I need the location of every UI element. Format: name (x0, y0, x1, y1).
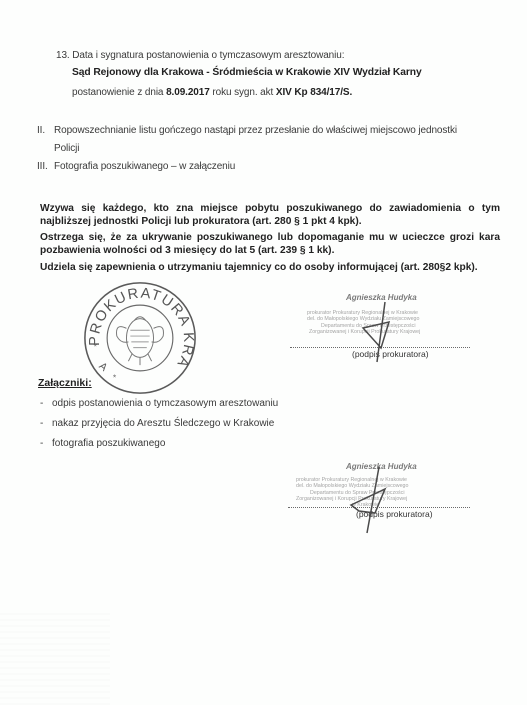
signature-1-line (290, 347, 470, 348)
point-iii: III.Fotografia poszukiwanego – w załącze… (37, 161, 235, 172)
decision-date: 8.09.2017 (166, 87, 210, 98)
prosecutor-stamp-icon: PROKURATURA KRAJOWA A * * (82, 280, 198, 396)
point-ii: II.Ropowszechnianie listu gończego nastą… (37, 125, 457, 136)
signature-2-name: Agnieszka Hudyka (346, 462, 417, 471)
section-13-number: 13. (56, 50, 70, 61)
decision-line: postanowienie z dnia 8.09.2017 roku sygn… (72, 87, 352, 98)
point-ii-text: Ropowszechnianie listu gończego nastąpi … (54, 125, 457, 136)
point-ii-number: II. (37, 125, 54, 136)
attachments-title: Załączniki: (38, 377, 92, 389)
attachment-item: -nakaz przyjęcia do Aresztu Śledczego w … (40, 418, 274, 429)
signature-2-caption: (podpis prokuratora) (356, 509, 433, 519)
signature-1-name: Agnieszka Hudyka (346, 293, 417, 302)
attachment-item: -fotografia poszukiwanego (40, 438, 165, 449)
svg-text:*: * (113, 373, 117, 383)
signature-2-title: prokurator Prokuratury Regionalnej w Kra… (296, 477, 408, 508)
signature-2-line (288, 507, 470, 508)
signature-1-title: prokurator Prokuratury Regionalnej w Kra… (307, 310, 420, 335)
scan-artifact (0, 610, 110, 705)
notice-summons: Wzywa się każdego, kto zna miejsce pobyt… (40, 202, 500, 228)
court-name: Sąd Rejonowy dla Krakowa - Śródmieścia w… (72, 67, 422, 78)
point-iii-text: Fotografia poszukiwanego – w załączeniu (54, 161, 235, 172)
point-ii-continuation: Policji (54, 143, 79, 154)
decision-prefix: postanowienie z dnia (72, 87, 163, 98)
decision-mid: roku sygn. akt (212, 87, 273, 98)
notice-warning: Ostrzega się, że za ukrywanie poszukiwan… (40, 231, 500, 257)
section-13-label: Data i sygnatura postanowienia o tymczas… (72, 50, 344, 61)
eagle-emblem-icon (117, 317, 164, 365)
official-stamp: PROKURATURA KRAJOWA A * * (82, 280, 198, 396)
point-iii-number: III. (37, 161, 54, 172)
signature-1-caption: (podpis prokuratora) (352, 349, 429, 359)
case-number: XIV Kp 834/17/S. (276, 87, 352, 98)
notice-confidentiality: Udziela się zapewnienia o utrzymaniu taj… (40, 261, 500, 274)
document-page: 13. Data i sygnatura postanowienia o tym… (0, 0, 527, 705)
section-13-heading: 13. Data i sygnatura postanowienia o tym… (56, 50, 344, 61)
stamp-letter: A (97, 360, 111, 374)
attachment-item: -odpis postanowienia o tymczasowym aresz… (40, 398, 278, 409)
